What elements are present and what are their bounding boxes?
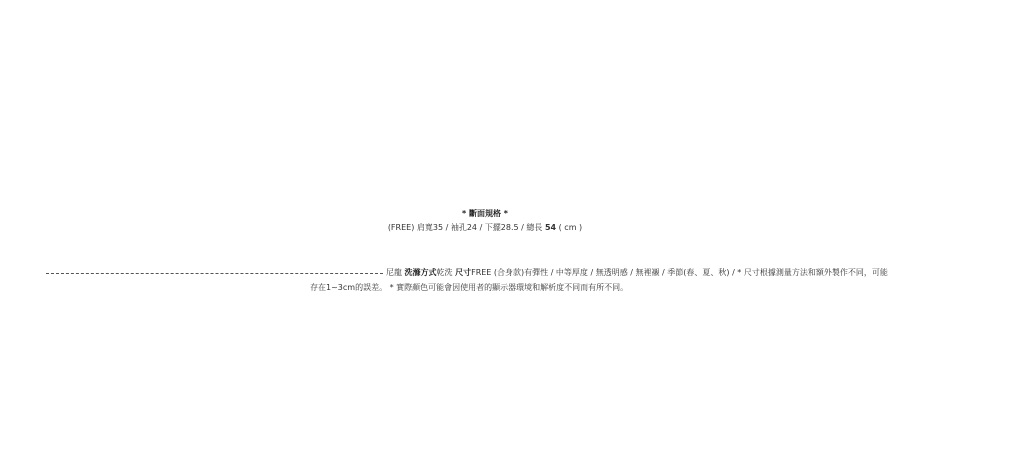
dashed-divider: [46, 273, 383, 274]
size-spec-section: * 斷面規格 * (FREE) 肩寬35 / 袖孔24 / 下擺28.5 / 總…: [0, 207, 970, 235]
spec-separator: /: [477, 223, 485, 232]
spec-shoulder: 肩寬35: [417, 223, 443, 232]
spec-sleeve: 袖孔24: [451, 223, 477, 232]
wash-value: 乾洗: [437, 265, 453, 280]
product-details-section: 尼龍 洗滌方式 乾洗 尺寸 FREE (合身款) 有彈性 / 中等厚度 / 無透…: [46, 265, 926, 295]
spec-measurements: (FREE) 肩寬35 / 袖孔24 / 下擺28.5 / 總長 54 ( cm…: [0, 221, 970, 235]
spec-title: * 斷面規格 *: [0, 207, 970, 221]
details-line-1: 尼龍 洗滌方式 乾洗 尺寸 FREE (合身款) 有彈性 / 中等厚度 / 無透…: [46, 265, 926, 280]
spec-hem: 下擺28.5: [485, 223, 519, 232]
features-text: 有彈性 / 中等厚度 / 無透明感 / 無裡襯 / 季節(春、夏、秋) / * …: [524, 265, 888, 280]
material-value: 尼龍: [386, 265, 402, 280]
details-line-2: 存在1~3cm的誤差。 * 實際顏色可能會因使用者的顯示器環境和解析度不同而有所…: [46, 280, 1010, 295]
spec-length-label: 總長: [526, 223, 542, 232]
spec-unit: ( cm ): [559, 223, 583, 232]
spec-length-value: 54: [545, 223, 556, 232]
size-value: FREE (合身款): [471, 265, 524, 280]
size-label: 尺寸: [455, 265, 471, 280]
wash-label: 洗滌方式: [405, 265, 437, 280]
spec-free-label: (FREE): [388, 223, 415, 232]
spec-separator: /: [443, 223, 451, 232]
